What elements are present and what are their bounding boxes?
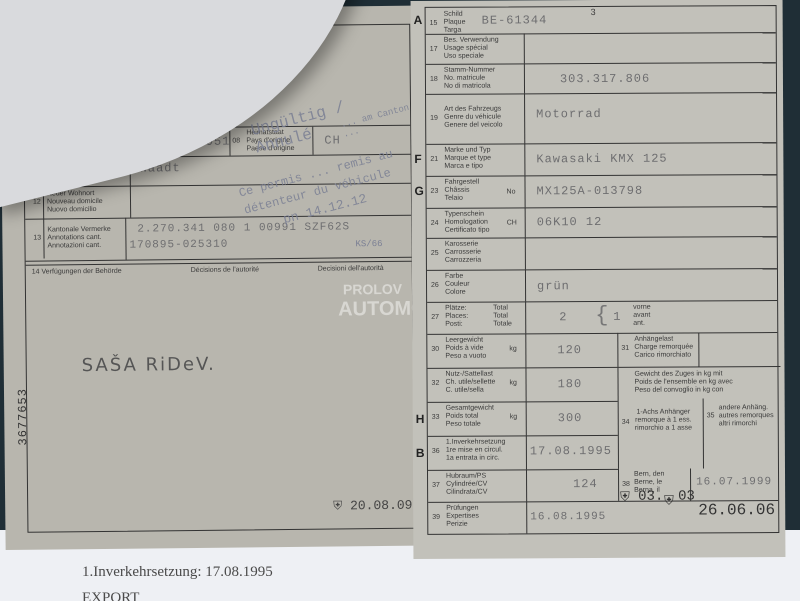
brace: { [595,303,608,328]
divider [698,332,699,366]
divider [525,269,526,301]
decisions-label: Verfügungen der Behörde [41,268,121,276]
chassis-value: MX125A-013798 [537,184,644,199]
field-number: 15 [430,20,438,27]
handwritten-note: SAŠA RiDeV. [82,354,216,376]
displacement-label: Hubraum/PSCylindrée/CVCilindrata/CV [446,473,487,497]
row-body: 25KarosserieCarrosserieCarrozzeria [427,236,777,271]
vehicle-table: A 15SchildPlaqueTarga BE-61344 17Bes. Ve… [425,5,780,535]
field-number: 17 [430,46,438,53]
cantonal-value-small: KS/66 [355,239,382,249]
field-number: 26 [431,282,439,289]
field-number: 21 [430,156,438,163]
seats-front-label: vorneavantant. [633,304,651,328]
section-letter: G [414,184,423,198]
decisions-label-de: 14 Verfügungen der Behörde [32,268,122,277]
label-line: Carrosserie [445,249,481,257]
divider [703,398,704,468]
divider [526,469,527,501]
divider [525,367,526,401]
label-line: Total [493,304,512,312]
section-letter: A [414,13,423,27]
divider [524,143,525,175]
field-number: 14 [32,269,40,276]
seats-label: Plätze:Places:Posti: [445,305,468,329]
row-empty-weight: 30LeergewichtPoids à videPeso a vuoto kg… [427,333,617,369]
matricule-label: Stamm-NummerNo. matriculeNo di matricola [444,67,495,91]
divider [25,218,126,261]
label-line: Typenschein [445,211,490,219]
unit-label: kg [510,413,517,421]
label-line: Leergewicht [445,337,486,345]
label-line: Bes. Verwendung [444,37,499,45]
bern-coat-of-arms-icon: ⛨ [620,489,630,505]
field-number: 19 [430,115,438,122]
label-line: autres remorques [719,412,774,420]
label-line: Certificato tipo [445,227,490,235]
label-line: Cylindrée/CV [446,481,487,489]
label-line: Plaque [444,19,466,27]
divider [524,175,525,207]
inspections-label: PrüfungenExpertisesPerizie [446,505,479,529]
field-number: 37 [432,482,440,489]
label-line: Homologation [445,219,490,227]
divider [526,501,527,533]
watermark-line1: PROLOV [343,281,402,298]
label-line: Hubraum/PS [446,473,487,481]
label-line: altri rimorchi [719,420,774,428]
label-line: avant [633,312,651,320]
label-line: Expertises [446,513,479,521]
label-line: Peso totale [446,421,494,429]
row-seats: 27Plätze:Places:Posti: TotalTotalTotale … [427,300,777,335]
field-number: 31 [621,345,629,352]
label-line: ant. [633,320,651,328]
special-use-label: Bes. VerwendungUsage spécialUso speciale [444,37,499,61]
first-registration-label: 1.Inverkehrsetzung1re mise en circul.1a … [446,438,506,462]
unit-label: kg [510,379,517,387]
divider [524,63,525,93]
label-line: Poids à vide [445,345,486,353]
label-line: Marca e tipo [444,163,491,171]
inspection-date-1: 16.08.1995 [530,511,606,523]
decisions-label-fr: Décisions de l'autorité [191,266,259,275]
field-number: 32 [432,380,440,387]
color-value: grün [537,279,570,293]
label-line: Total [493,312,512,320]
unit-label: kg [509,345,516,353]
label-line: Nutz-/Sattellast [445,371,495,379]
displacement-value: 124 [573,477,598,491]
divider [525,207,526,237]
sheet-line-export: EXPORT [82,590,139,601]
payload-label: Nutz-/SattellastCh. utile/selletteC. uti… [445,371,495,395]
label-line: Carico rimorchiato [634,352,693,360]
field-number: 23 [431,188,439,195]
empty-weight-value: 120 [557,343,582,357]
row-first-registration: B 361.Inverkehrsetzung1re mise en circul… [428,435,618,471]
divider [525,301,526,333]
chassis-label: FahrgestellChâssisTelaio [444,179,479,203]
decision-date-stamp: ⛨ 20.08.09 [333,498,412,514]
trailer-load-label: AnhängelastCharge remorquéeCarico rimorc… [634,336,693,360]
field-number: 39 [432,514,440,521]
vehicle-type-label: Art des FahrzeugsGenre du véhiculeGenere… [444,105,502,129]
row-plate: A 15SchildPlaqueTarga BE-61344 [426,6,776,35]
field-number: 25 [431,250,439,257]
payload-value: 180 [558,377,583,391]
row-displacement: 37Hubraum/PSCylindrée/CVCilindrata/CV 12… [428,468,778,503]
total-weight-value: 300 [558,411,583,425]
decisions-label-it: Decisioni dell'autorità [318,265,384,274]
field-number: 34 [622,419,630,426]
bern-coat-of-arms-icon: ⛨ [664,493,674,509]
row-total-weight: H 33GesamtgewichtPoids totalPeso totale … [428,401,618,437]
label-line: Ch. utile/sellette [446,379,496,387]
combo-heading: Gewicht des Zuges in kg mitPoids de l'en… [634,370,732,395]
body-label: KarosserieCarrosserieCarrozzeria [445,241,481,265]
color-label: FarbeCouleurColore [445,273,470,297]
row-payload: 32Nutz-/SattellastCh. utile/selletteC. u… [427,367,617,403]
label-line: Usage spécial [444,45,499,53]
homologation-suffix: CH [507,219,517,227]
divider [525,237,526,269]
label-line: 1a entrata in circ. [446,454,506,462]
label-line: C. utile/sella [446,387,496,395]
bern-coat-of-arms-icon: ⛨ [333,499,342,513]
label-line: Marke und Typ [444,147,491,155]
label-line: Posti: [445,321,468,329]
label-line: Perizie [446,521,479,529]
row-vehicle-type: 19Art des FahrzeugsGenre du véhiculeGene… [426,92,776,145]
label-line: Châssis [445,187,480,195]
seats-total-value: 2 [559,310,567,324]
field-number: 27 [431,314,439,321]
vehicle-type-value: Motorrad [536,107,602,121]
place-date-value: 16.07.1999 [696,476,772,488]
seats-front-value: 1 [613,310,621,324]
homologation-label: TypenscheinHomologationCertificato tipo [445,211,490,235]
field-number: 18 [430,76,438,83]
label-line: Schild [444,11,466,19]
plate-value: BE-61344 [482,13,548,27]
label-line: Telaio [445,195,480,203]
label-line: Prüfungen [446,505,479,513]
label-line: Genere del veicolo [444,121,502,129]
label-line: Farbe [445,273,470,281]
serial-number: 3677653 [16,388,31,446]
divider [526,435,527,469]
total-weight-label: GesamtgewichtPoids totalPeso totale [446,405,494,429]
label-line: Fahrgestell [444,179,479,187]
homologation-value: 06K10 12 [537,215,603,229]
seats-total-label: TotalTotalTotale [493,304,512,328]
label-line: Peso del convoglio in kg con [635,386,733,395]
make-model-label: Marke und TypMarque et typeMarca e tipo [444,147,491,171]
label-line: rimorchio a 1 asse [635,425,692,433]
section-letter: H [416,412,425,426]
label-line: vorne [633,304,651,312]
label-line: Peso a vuoto [445,353,486,361]
decision-date: 20.08.09 [350,498,413,514]
row-matricule: 18Stamm-NummerNo. matriculeNo di matrico… [426,62,776,95]
label-line: Carrozzeria [445,257,481,265]
divider [618,469,619,501]
row-trailer-load: 31 AnhängelastCharge remorquéeCarico rim… [618,332,780,368]
divider [524,33,525,63]
section-letter: F [414,152,421,166]
row-homologation: 24TypenscheinHomologationCertificato tip… [427,206,777,239]
label-line: Couleur [445,281,470,289]
row-color: 26FarbeCouleurColore grün [427,268,777,303]
cantonal-value-line1: 2.270.341 080 1 00991 SZF62S [137,221,350,235]
field-number: 36 [432,448,440,455]
label-line: Marque et type [444,155,491,163]
label-line: Places: [445,313,468,321]
field-number: 33 [432,414,440,421]
row-chassis: G 23FahrgestellChâssisTelaio No MX125A-0… [426,174,776,209]
row-special-use: 17Bes. VerwendungUsage spécialUso specia… [426,32,776,65]
inspection-date-2: 03. [638,489,663,505]
label-line: Totale [493,320,512,328]
chassis-suffix: No [507,188,516,196]
section-letter: B [416,446,425,460]
row-make-model: F 21Marke und TypMarque et typeMarca e t… [426,142,776,177]
label-line: No di matricola [444,83,495,91]
label-line: Stamm-Nummer [444,67,495,75]
make-model-value: Kawasaki KMX 125 [536,152,667,167]
label-line: No. matricule [444,75,495,83]
label-line: Berne, le [634,479,664,487]
label-line: Bern, den [634,471,664,479]
plate-label: SchildPlaqueTarga [444,11,466,35]
row-cantonal-annotations: 13 Kantonale Vermerke Annotations cant. … [25,215,411,262]
trailer-block: 31 AnhängelastCharge remorquéeCarico rim… [617,332,781,469]
divider [526,401,527,435]
divider [524,93,525,143]
right-page: 3 A 15SchildPlaqueTarga BE-61344 17Bes. … [411,0,786,559]
single-axle-label: 1-Achs Anhängerremorque à 1 ess.rimorchi… [635,409,692,433]
label-line: Poids total [446,413,494,421]
empty-weight-label: LeergewichtPoids à videPeso a vuoto [445,337,486,361]
field-number: 30 [431,346,439,353]
inspection-date-4: 26.06.06 [698,501,775,519]
divider [525,333,526,367]
inspection-date-3: 03 [678,488,695,504]
label-line: Karosserie [445,241,481,249]
cantonal-value-line2: 170895-025310 [129,239,228,252]
first-registration-value: 17.08.1995 [530,444,612,458]
label-line: Cilindrata/CV [446,489,487,497]
decisions-section: 14 Verfügungen der Behörde Décisions de … [26,261,412,266]
field-number: 38 [622,481,630,488]
label-line: Colore [445,289,470,297]
field-number: 24 [431,220,439,227]
row-inspections: 39PrüfungenExpertisesPerizie 16.08.1995 … [428,500,778,534]
field-number: 35 [707,412,715,419]
matricule-value: 303.317.806 [560,72,650,86]
label-line: Uso speciale [444,53,499,61]
label-line: Plätze: [445,305,468,313]
label-line: Gesamtgewicht [446,405,494,413]
sheet-line-first-registration: 1.Inverkehrsetzung: 17.08.1995 [82,564,273,581]
other-trailer-label: andere Anhäng.autres remorquesaltri rimo… [719,404,774,428]
